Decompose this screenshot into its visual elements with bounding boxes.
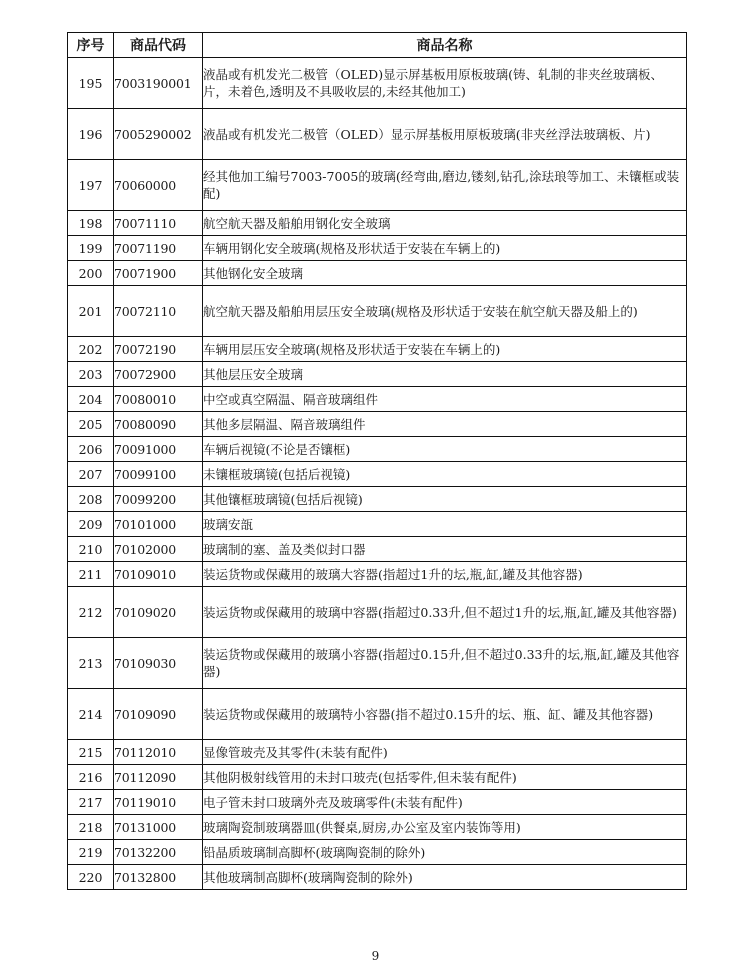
cell-name: 其他玻璃制高脚杯(玻璃陶瓷制的除外) (203, 865, 687, 890)
table-row: 21370109030装运货物或保藏用的玻璃小容器(指超过0.15升,但不超过0… (68, 638, 687, 689)
cell-name: 其他阴极射线管用的未封口玻壳(包括零件,但未装有配件) (203, 765, 687, 790)
cell-seq: 199 (68, 236, 114, 261)
cell-seq: 215 (68, 740, 114, 765)
table-row: 20670091000车辆后视镜(不论是否镶框) (68, 437, 687, 462)
cell-code: 70091000 (114, 437, 203, 462)
cell-seq: 216 (68, 765, 114, 790)
table-row: 22070132800其他玻璃制高脚杯(玻璃陶瓷制的除外) (68, 865, 687, 890)
cell-code: 70109090 (114, 689, 203, 740)
cell-name: 车辆用层压安全玻璃(规格及形状适于安装在车辆上的) (203, 337, 687, 362)
table-row: 20170072110航空航天器及船舶用层压安全玻璃(规格及形状适于安装在航空航… (68, 286, 687, 337)
table-row: 21870131000玻璃陶瓷制玻璃器皿(供餐桌,厨房,办公室及室内装饰等用) (68, 815, 687, 840)
cell-code: 70071900 (114, 261, 203, 286)
table-row: 20070071900其他钢化安全玻璃 (68, 261, 687, 286)
cell-seq: 200 (68, 261, 114, 286)
table-row: 21970132200铅晶质玻璃制高脚杯(玻璃陶瓷制的除外) (68, 840, 687, 865)
table-row: 20570080090其他多层隔温、隔音玻璃组件 (68, 412, 687, 437)
cell-seq: 210 (68, 537, 114, 562)
cell-name: 未镶框玻璃镜(包括后视镜) (203, 462, 687, 487)
cell-code: 70099100 (114, 462, 203, 487)
table-row: 20470080010中空或真空隔温、隔音玻璃组件 (68, 387, 687, 412)
table-row: 19770060000经其他加工编号7003-7005的玻璃(经弯曲,磨边,镂刻… (68, 160, 687, 211)
cell-seq: 201 (68, 286, 114, 337)
table-body: 1957003190001液晶或有机发光二极管（OLED)显示屏基板用原板玻璃(… (68, 58, 687, 890)
table-row: 21470109090装运货物或保藏用的玻璃特小容器(指不超过0.15升的坛、瓶… (68, 689, 687, 740)
cell-name: 液晶或有机发光二极管（OLED)显示屏基板用原板玻璃(铸、轧制的非夹丝玻璃板、片… (203, 58, 687, 109)
table-row: 20270072190车辆用层压安全玻璃(规格及形状适于安装在车辆上的) (68, 337, 687, 362)
cell-name: 装运货物或保藏用的玻璃大容器(指超过1升的坛,瓶,缸,罐及其他容器) (203, 562, 687, 587)
cell-seq: 219 (68, 840, 114, 865)
cell-name: 铅晶质玻璃制高脚杯(玻璃陶瓷制的除外) (203, 840, 687, 865)
cell-code: 70132200 (114, 840, 203, 865)
table-row: 21170109010装运货物或保藏用的玻璃大容器(指超过1升的坛,瓶,缸,罐及… (68, 562, 687, 587)
cell-name: 玻璃制的塞、盖及类似封口器 (203, 537, 687, 562)
cell-code: 70072110 (114, 286, 203, 337)
table-header-row: 序号 商品代码 商品名称 (68, 33, 687, 58)
cell-seq: 213 (68, 638, 114, 689)
cell-seq: 205 (68, 412, 114, 437)
cell-name: 经其他加工编号7003-7005的玻璃(经弯曲,磨边,镂刻,钻孔,涂珐琅等加工、… (203, 160, 687, 211)
cell-seq: 204 (68, 387, 114, 412)
cell-code: 70109020 (114, 587, 203, 638)
cell-name: 中空或真空隔温、隔音玻璃组件 (203, 387, 687, 412)
cell-seq: 212 (68, 587, 114, 638)
cell-name: 玻璃陶瓷制玻璃器皿(供餐桌,厨房,办公室及室内装饰等用) (203, 815, 687, 840)
header-seq: 序号 (68, 33, 114, 58)
cell-name: 其他钢化安全玻璃 (203, 261, 687, 286)
cell-code: 70060000 (114, 160, 203, 211)
cell-code: 70080090 (114, 412, 203, 437)
cell-code: 70071190 (114, 236, 203, 261)
cell-name: 其他层压安全玻璃 (203, 362, 687, 387)
cell-name: 车辆后视镜(不论是否镶框) (203, 437, 687, 462)
cell-seq: 198 (68, 211, 114, 236)
cell-name: 玻璃安瓿 (203, 512, 687, 537)
cell-seq: 218 (68, 815, 114, 840)
cell-seq: 196 (68, 109, 114, 160)
cell-code: 70099200 (114, 487, 203, 512)
cell-seq: 195 (68, 58, 114, 109)
cell-seq: 202 (68, 337, 114, 362)
cell-seq: 208 (68, 487, 114, 512)
table-row: 19970071190车辆用钢化安全玻璃(规格及形状适于安装在车辆上的) (68, 236, 687, 261)
document-page: 序号 商品代码 商品名称 1957003190001液晶或有机发光二极管（OLE… (0, 0, 751, 979)
cell-name: 电子管未封口玻璃外壳及玻璃零件(未装有配件) (203, 790, 687, 815)
table-row: 21070102000玻璃制的塞、盖及类似封口器 (68, 537, 687, 562)
cell-name: 航空航天器及船舶用层压安全玻璃(规格及形状适于安装在航空航天器及船上的) (203, 286, 687, 337)
cell-code: 70080010 (114, 387, 203, 412)
cell-seq: 214 (68, 689, 114, 740)
table-row: 20770099100未镶框玻璃镜(包括后视镜) (68, 462, 687, 487)
cell-code: 70101000 (114, 512, 203, 537)
cell-code: 7003190001 (114, 58, 203, 109)
table-row: 1957003190001液晶或有机发光二极管（OLED)显示屏基板用原板玻璃(… (68, 58, 687, 109)
cell-code: 70102000 (114, 537, 203, 562)
cell-code: 70072190 (114, 337, 203, 362)
cell-seq: 220 (68, 865, 114, 890)
table-row: 21670112090其他阴极射线管用的未封口玻壳(包括零件,但未装有配件) (68, 765, 687, 790)
table-row: 21770119010电子管未封口玻璃外壳及玻璃零件(未装有配件) (68, 790, 687, 815)
table-row: 21270109020装运货物或保藏用的玻璃中容器(指超过0.33升,但不超过1… (68, 587, 687, 638)
table-row: 21570112010显像管玻壳及其零件(未装有配件) (68, 740, 687, 765)
cell-name: 其他镶框玻璃镜(包括后视镜) (203, 487, 687, 512)
goods-table: 序号 商品代码 商品名称 1957003190001液晶或有机发光二极管（OLE… (67, 32, 687, 890)
header-name: 商品名称 (203, 33, 687, 58)
cell-name: 装运货物或保藏用的玻璃特小容器(指不超过0.15升的坛、瓶、缸、罐及其他容器) (203, 689, 687, 740)
cell-code: 70112010 (114, 740, 203, 765)
cell-name: 航空航天器及船舶用钢化安全玻璃 (203, 211, 687, 236)
cell-seq: 197 (68, 160, 114, 211)
cell-name: 其他多层隔温、隔音玻璃组件 (203, 412, 687, 437)
cell-code: 70109010 (114, 562, 203, 587)
cell-code: 70119010 (114, 790, 203, 815)
cell-code: 70112090 (114, 765, 203, 790)
cell-name: 车辆用钢化安全玻璃(规格及形状适于安装在车辆上的) (203, 236, 687, 261)
cell-seq: 207 (68, 462, 114, 487)
table-row: 20370072900其他层压安全玻璃 (68, 362, 687, 387)
cell-seq: 217 (68, 790, 114, 815)
table-row: 1967005290002液晶或有机发光二极管（OLED）显示屏基板用原板玻璃(… (68, 109, 687, 160)
header-code: 商品代码 (114, 33, 203, 58)
cell-code: 70132800 (114, 865, 203, 890)
cell-code: 70072900 (114, 362, 203, 387)
page-number: 9 (0, 949, 751, 963)
cell-code: 70071110 (114, 211, 203, 236)
cell-name: 液晶或有机发光二极管（OLED）显示屏基板用原板玻璃(非夹丝浮法玻璃板、片) (203, 109, 687, 160)
table-row: 20870099200其他镶框玻璃镜(包括后视镜) (68, 487, 687, 512)
table-row: 19870071110航空航天器及船舶用钢化安全玻璃 (68, 211, 687, 236)
table-row: 20970101000玻璃安瓿 (68, 512, 687, 537)
cell-seq: 206 (68, 437, 114, 462)
cell-seq: 203 (68, 362, 114, 387)
cell-name: 显像管玻壳及其零件(未装有配件) (203, 740, 687, 765)
cell-code: 70109030 (114, 638, 203, 689)
cell-seq: 209 (68, 512, 114, 537)
cell-seq: 211 (68, 562, 114, 587)
cell-code: 7005290002 (114, 109, 203, 160)
cell-name: 装运货物或保藏用的玻璃小容器(指超过0.15升,但不超过0.33升的坛,瓶,缸,… (203, 638, 687, 689)
cell-code: 70131000 (114, 815, 203, 840)
cell-name: 装运货物或保藏用的玻璃中容器(指超过0.33升,但不超过1升的坛,瓶,缸,罐及其… (203, 587, 687, 638)
